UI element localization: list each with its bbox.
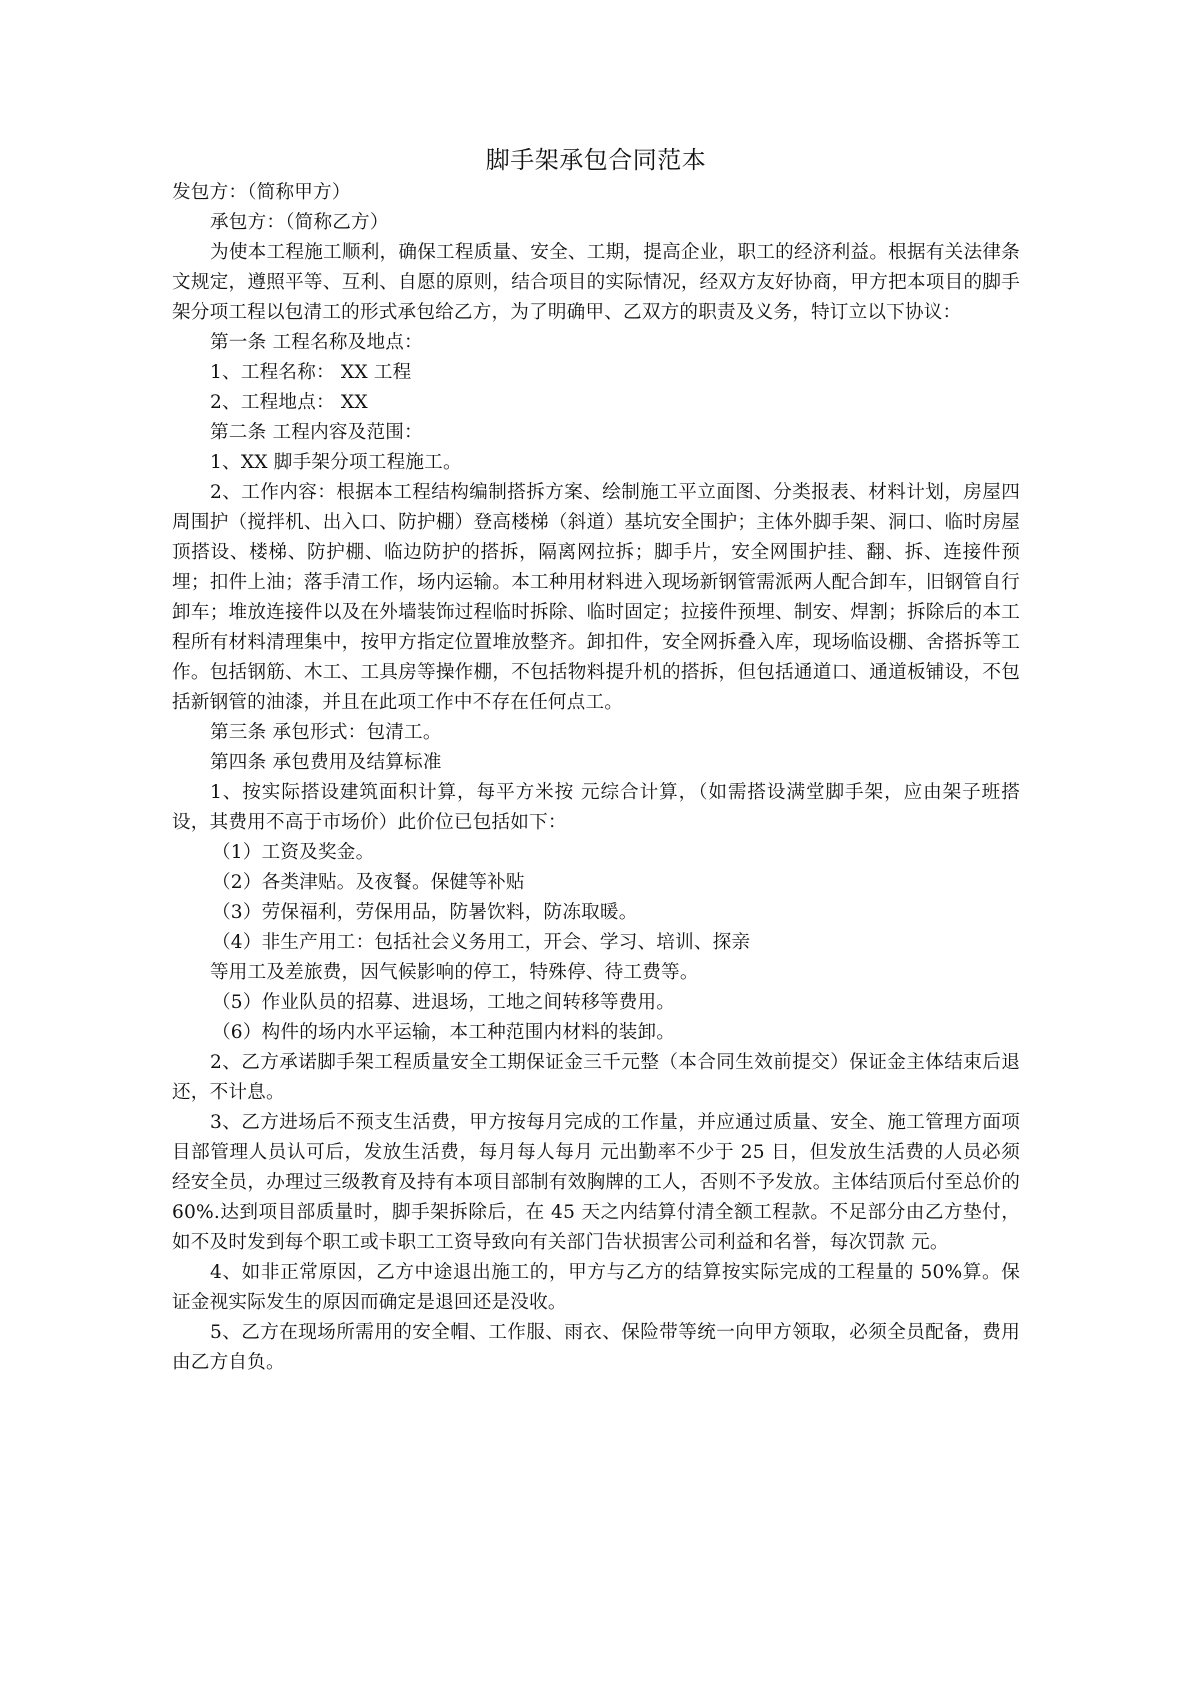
article-2-item-1: 1、XX 脚手架分项工程施工。 — [172, 448, 1020, 478]
included-item-4: （4）非生产用工：包括社会义务用工，开会、学习、培训、探亲 — [172, 928, 1020, 958]
included-item-2: （2）各类津贴。及夜餐。保健等补贴 — [172, 868, 1020, 898]
article-4-clause-3: 3、乙方进场后不预支生活费，甲方按每月完成的工作量，并应通过质量、安全、施工管理… — [172, 1108, 1020, 1258]
article-4-clause-1: 1、按实际搭设建筑面积计算，每平方米按 元综合计算，（如需搭设满堂脚手架，应由架… — [172, 778, 1020, 838]
included-item-3: （3）劳保福利，劳保用品，防暑饮料，防冻取暖。 — [172, 898, 1020, 928]
party-b-line: 承包方：（简称乙方） — [172, 208, 1020, 238]
article-3-heading: 第三条 承包形式：包清工。 — [172, 718, 1020, 748]
included-item-5: （5）作业队员的招募、进退场，工地之间转移等费用。 — [172, 988, 1020, 1018]
article-4-clause-2: 2、乙方承诺脚手架工程质量安全工期保证金三千元整（本合同生效前提交）保证金主体结… — [172, 1048, 1020, 1108]
article-2-heading: 第二条 工程内容及范围： — [172, 418, 1020, 448]
document-page: 脚手架承包合同范本 发包方：（简称甲方） 承包方：（简称乙方） 为使本工程施工顺… — [172, 142, 1020, 1378]
article-4-heading: 第四条 承包费用及结算标准 — [172, 748, 1020, 778]
included-item-4-continued: 等用工及差旅费，因气候影响的停工，特殊停、待工费等。 — [172, 958, 1020, 988]
included-item-1: （1）工资及奖金。 — [172, 838, 1020, 868]
included-item-6: （6）构件的场内水平运输，本工种范围内材料的装卸。 — [172, 1018, 1020, 1048]
article-1-item-2: 2、工程地点： XX — [172, 388, 1020, 418]
document-title: 脚手架承包合同范本 — [172, 142, 1020, 178]
article-4-clause-5: 5、乙方在现场所需用的安全帽、工作服、雨衣、保险带等统一向甲方领取，必须全员配备… — [172, 1318, 1020, 1378]
article-2-item-2: 2、工作内容：根据本工程结构编制搭拆方案、绘制施工平立面图、分类报表、材料计划，… — [172, 478, 1020, 718]
article-1-item-1: 1、工程名称： XX 工程 — [172, 358, 1020, 388]
party-a-line: 发包方：（简称甲方） — [172, 178, 1020, 208]
article-4-clause-4: 4、如非正常原因，乙方中途退出施工的，甲方与乙方的结算按实际完成的工程量的 50… — [172, 1258, 1020, 1318]
preamble-paragraph: 为使本工程施工顺利，确保工程质量、安全、工期，提高企业，职工的经济利益。根据有关… — [172, 238, 1020, 328]
article-1-heading: 第一条 工程名称及地点： — [172, 328, 1020, 358]
